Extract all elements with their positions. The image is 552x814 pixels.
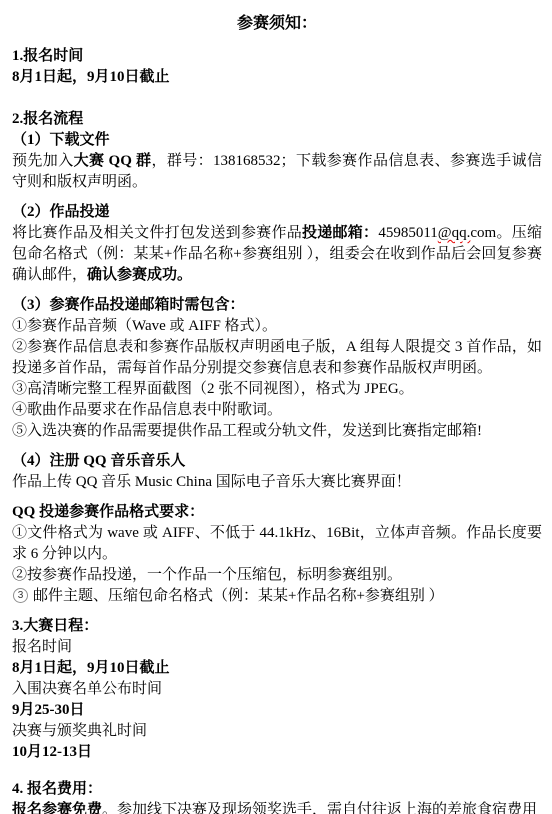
schedule-row-3-label: 决赛与颁奖典礼时间 [12, 721, 542, 742]
fees-free-bold: 报名参赛免费 [12, 802, 102, 814]
notice-document: 参赛须知： 1.报名时间 8月1日起，9月10日截止 2.报名流程 （1）下载文… [0, 0, 552, 814]
schedule-heading: 3.大赛日程： [12, 616, 542, 637]
section-signup-process: 2.报名流程 （1）下载文件 预先加入大赛 QQ 群，群号：138168532；… [12, 109, 542, 193]
schedule-row-3-value: 10月12-13日 [12, 742, 542, 763]
qq-format-item-3-text: 邮件主题、压缩包命名格式（例：某某+作品名称+参赛组别 ） [33, 588, 444, 604]
confirm-success-bold: 确认参赛成功。 [87, 267, 192, 283]
qq-format-item-3: 3邮件主题、压缩包命名格式（例：某某+作品名称+参赛组别 ） [12, 586, 542, 607]
section-qq-format-requirements: QQ 投递参赛作品格式要求： ①文件格式为 wave 或 AIFF、不低于 44… [12, 502, 542, 607]
email-contents-heading: （3）参赛作品投递邮箱时需包含： [12, 295, 542, 316]
fees-heading: 4. 报名费用： [12, 779, 542, 800]
email-contents-item-3: ③高清晰完整工程界面截图（2 张不同视图），格式为 JPEG。 [12, 379, 542, 400]
section-signup-time: 1.报名时间 8月1日起，9月10日截止 [12, 46, 542, 88]
section-qq-music-register: （4）注册 QQ 音乐音乐人 作品上传 QQ 音乐 Music China 国际… [12, 451, 542, 493]
delivery-email-label: 投递邮箱： [302, 225, 378, 241]
work-delivery-heading: （2）作品投递 [12, 202, 542, 223]
fees-body: 报名参赛免费。参加线下决赛及现场领奖选手，需自付往返上海的差旅食宿费用 [12, 800, 542, 814]
schedule-row-2-value: 9月25-30日 [12, 700, 542, 721]
email-contents-item-2: ②参赛作品信息表和参赛作品版权声明函电子版，A 组每人限提交 3 首作品，如投递… [12, 337, 542, 379]
email-contents-item-1: ①参赛作品音频（Wave 或 AIFF 格式）。 [12, 316, 542, 337]
qq-format-item-1: ①文件格式为 wave 或 AIFF、不低于 44.1kHz、16Bit，立体声… [12, 523, 542, 565]
schedule-row-1-label: 报名时间 [12, 637, 542, 658]
section-schedule: 3.大赛日程： 报名时间 8月1日起，9月10日截止 入围决赛名单公布时间 9月… [12, 616, 542, 763]
download-files-body: 预先加入大赛 QQ 群，群号：138168532；下载参赛作品信息表、参赛选手诚… [12, 151, 542, 193]
delivery-email-user: 45985011 [378, 225, 437, 241]
download-files-heading: （1）下载文件 [12, 130, 542, 151]
delivery-email-tld: com [470, 225, 496, 241]
schedule-row-2-label: 入围决赛名单公布时间 [12, 679, 542, 700]
qq-music-register-heading: （4）注册 QQ 音乐音乐人 [12, 451, 542, 472]
email-contents-item-4: ④歌曲作品要求在作品信息表中附歌词。 [12, 400, 542, 421]
download-files-pre: 预先加入 [12, 153, 74, 169]
qq-format-item-2: ②按参赛作品投递，一个作品一个压缩包，标明参赛组别。 [12, 565, 542, 586]
section-fees: 4. 报名费用： 报名参赛免费。参加线下决赛及现场领奖选手，需自付往返上海的差旅… [12, 779, 542, 814]
fees-rest: 。参加线下决赛及现场领奖选手，需自付往返上海的差旅食宿费用 [102, 802, 537, 814]
qq-music-register-body: 作品上传 QQ 音乐 Music China 国际电子音乐大赛比赛界面！ [12, 472, 542, 493]
signup-time-heading: 1.报名时间 [12, 46, 542, 67]
work-delivery-pre: 将比赛作品及相关文件打包发送到参赛作品 [12, 225, 302, 241]
section-work-delivery: （2）作品投递 将比赛作品及相关文件打包发送到参赛作品投递邮箱：45985011… [12, 202, 542, 286]
schedule-row-1-value: 8月1日起，9月10日截止 [12, 658, 542, 679]
signup-process-heading: 2.报名流程 [12, 109, 542, 130]
circled-3-marker: 3 [13, 588, 28, 603]
work-delivery-body: 将比赛作品及相关文件打包发送到参赛作品投递邮箱：45985011@qq.com。… [12, 223, 542, 286]
delivery-email-domain: @qq. [438, 225, 471, 241]
section-email-contents: （3）参赛作品投递邮箱时需包含： ①参赛作品音频（Wave 或 AIFF 格式）… [12, 295, 542, 442]
signup-time-dates: 8月1日起，9月10日截止 [12, 67, 542, 88]
email-contents-item-5: ⑤入选决赛的作品需要提供作品工程或分轨文件，发送到比赛指定邮箱! [12, 421, 542, 442]
qq-group-bold: 大赛 QQ 群 [74, 153, 152, 169]
page-title: 参赛须知： [12, 13, 542, 34]
qq-format-heading: QQ 投递参赛作品格式要求： [12, 502, 542, 523]
